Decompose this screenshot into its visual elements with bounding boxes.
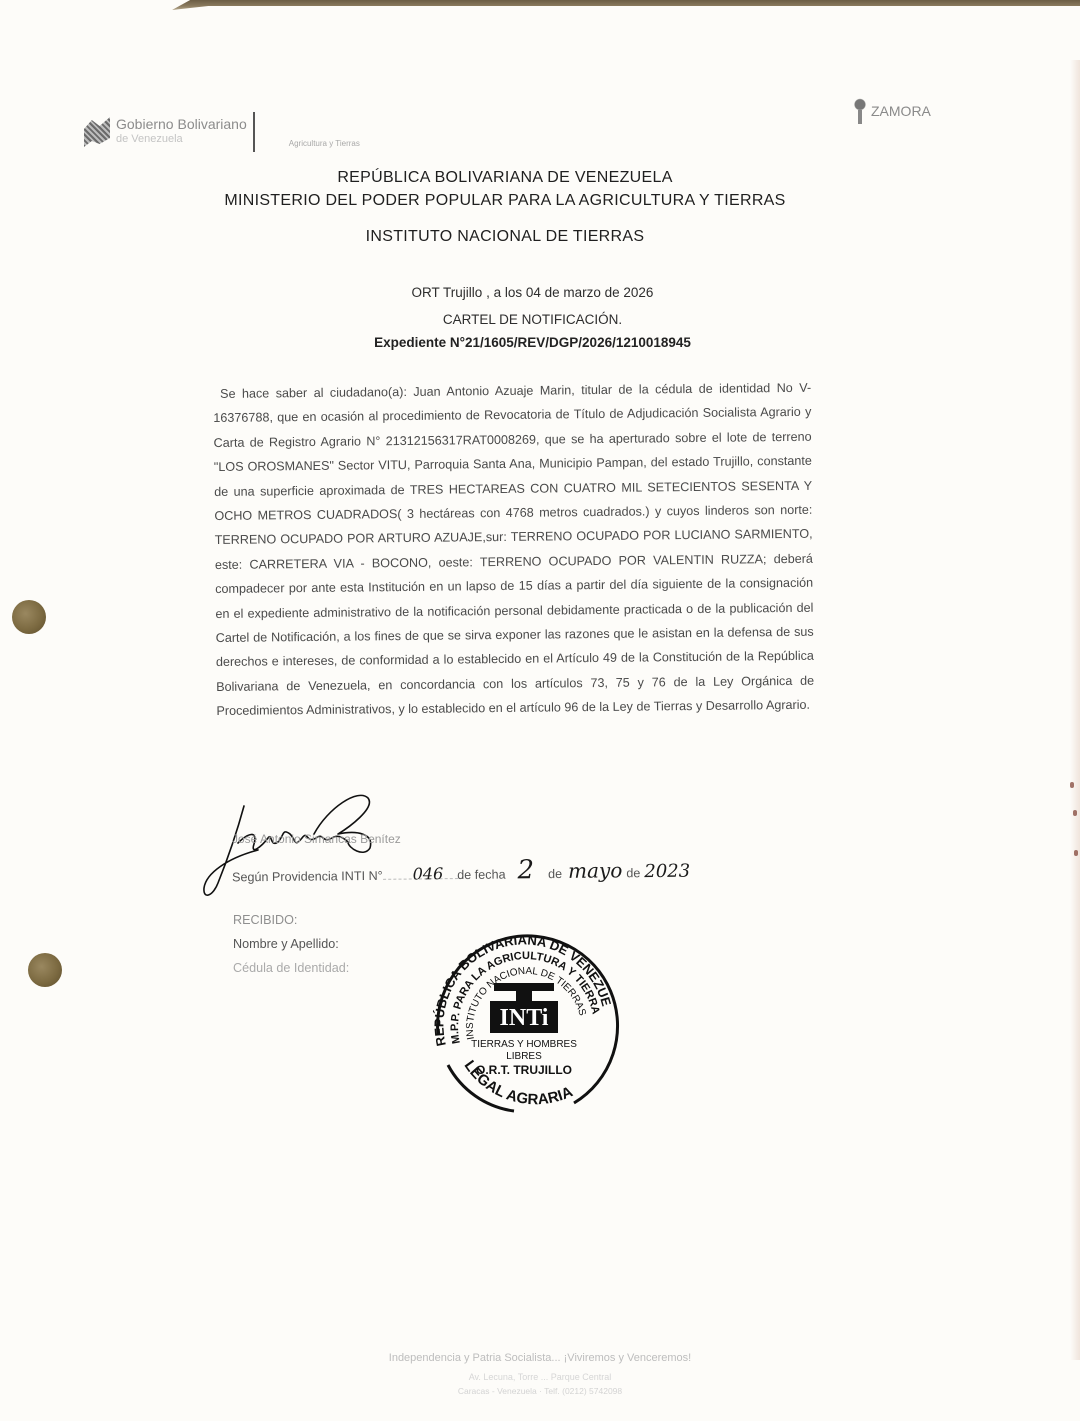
paper-speck [1070,782,1074,788]
header-institute: INSTITUTO NACIONAL DE TIERRAS [0,228,1010,246]
logo-divider [253,112,255,152]
footer-address-1: Av. Lecuna, Torre ... Parque Central [0,1372,1080,1382]
receipt-id-label: Cédula de Identidad: [233,956,349,980]
paper-top-edge [172,0,1080,10]
stamp-line3: O.R.T. TRUJILLO [476,1063,572,1077]
de-label-2: de [626,866,640,880]
stamp-line2: LIBRES [506,1051,542,1062]
receipt-block: RECIBIDO: Nombre y Apellido: Cédula de I… [233,908,349,980]
gobierno-bolivariano-logo: Gobierno Bolivariano de Venezuela Agricu… [84,112,360,152]
signer-name: José Antonio Simancas Benítez [232,832,401,846]
paper-speck [1074,850,1078,856]
place-date: ORT Trujillo , a los 04 de marzo de 2026 [0,285,1065,300]
stamp-line1: TIERRAS Y HOMBRES [471,1039,577,1050]
paper-speck [1073,810,1077,816]
logo-ministry: Agricultura y Tierras [289,139,360,148]
de-label: de [548,867,562,881]
header-ministry: MINISTERIO DEL PODER POPULAR PARA LA AGR… [0,192,1010,210]
inti-logo: INTi [500,1005,549,1031]
providencia-year: 2023 [644,861,690,882]
providencia-month: mayo [568,858,622,883]
header-republic: REPÚBLICA BOLIVARIANA DE VENEZUELA [0,169,1010,187]
zamora-text: ZAMORA [871,103,931,119]
providencia-day: 2 [517,855,534,885]
paper-right-edge [1070,60,1080,1360]
providencia-label: Según Providencia INTI N° [232,869,383,885]
official-stamp: REPÚBLICA BOLIVARIANA DE VENEZUELA M.P.P… [424,925,624,1115]
notification-body: Se hace saber al ciudadano(a): Juan Anto… [213,376,815,724]
expediente-number: Expediente N°21/1605/REV/DGP/2026/121001… [0,335,1065,350]
receipt-title: RECIBIDO: [233,908,349,932]
document-type: CARTEL DE NOTIFICACIÓN. [0,312,1065,327]
footer-address-2: Caracas - Venezuela · Telf. (0212) 57420… [0,1386,1080,1396]
flag-icon [84,117,110,147]
footer-motto: Independencia y Patria Socialista... ¡Vi… [0,1352,1080,1364]
punch-hole-icon [12,600,46,634]
receipt-name-label: Nombre y Apellido: [233,932,349,956]
punch-hole-icon [28,953,62,987]
zamora-logo: ZAMORA [852,98,931,124]
fecha-label: de fecha [457,868,505,883]
zamora-figure-icon [852,98,868,124]
logo-line2: de Venezuela [116,132,247,147]
logo-line1: Gobierno Bolivariano [116,117,247,132]
providencia-line: Según Providencia INTI N° 046 de fecha 2… [232,854,690,889]
providencia-number: 046 [413,864,444,883]
